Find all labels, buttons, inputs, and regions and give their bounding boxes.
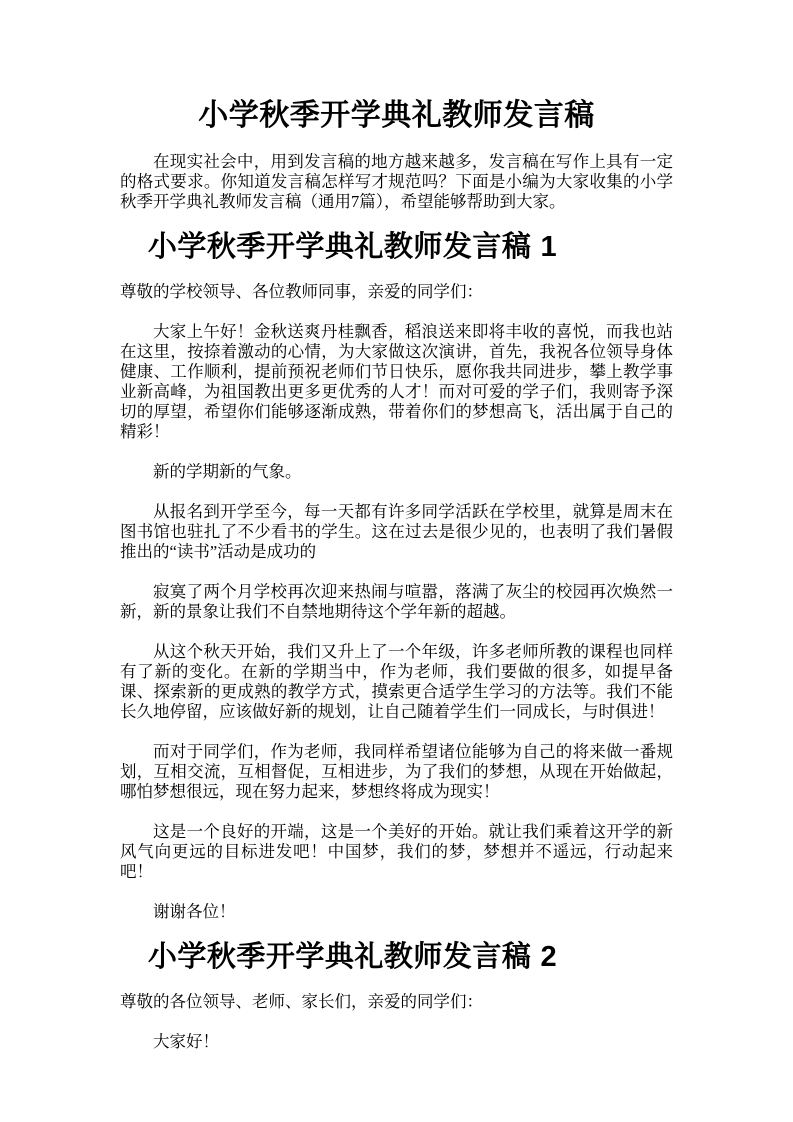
speech-paragraph: 大家好！: [120, 1032, 673, 1052]
speech-paragraph: 大家上午好！金秋送爽丹桂飘香，稻浪送来即将丰收的喜悦，而我也站在这里，按捺着激动…: [120, 322, 673, 442]
section-2-salutation: 尊敬的各位领导、老师、家长们，亲爱的同学们：: [120, 992, 673, 1012]
section-1-heading: 小学秋季开学典礼教师发言稿1: [76, 232, 629, 262]
speech-paragraph: 新的学期新的气象。: [120, 462, 673, 482]
section-1-salutation: 尊敬的学校领导、各位教师同事，亲爱的同学们：: [120, 282, 673, 302]
section-1-heading-text: 小学秋季开学典礼教师发言稿: [148, 231, 532, 263]
document-title: 小学秋季开学典礼教师发言稿: [120, 100, 673, 132]
document-page: 小学秋季开学典礼教师发言稿 在现实社会中，用到发言稿的地方越来越多，发言稿在写作…: [0, 0, 793, 1122]
speech-paragraph: 而对于同学们，作为老师，我同样希望诸位能够为自己的将来做一番规划，互相交流，互相…: [120, 742, 673, 802]
speech-paragraph: 从报名到开学至今，每一天都有许多同学活跃在学校里，就算是周末在图书馆也驻扎了不少…: [120, 502, 673, 562]
section-2-heading: 小学秋季开学典礼教师发言稿2: [76, 942, 629, 972]
speech-paragraph: 寂寞了两个月学校再次迎来热闹与喧嚣，落满了灰尘的校园再次焕然一新，新的景象让我们…: [120, 582, 673, 622]
speech-paragraph: 谢谢各位！: [120, 902, 673, 922]
speech-paragraph: 从这个秋天开始，我们又升上了一个年级，许多老师所教的课程也同样有了新的变化。在新…: [120, 642, 673, 722]
section-1-heading-number: 1: [540, 231, 557, 263]
intro-paragraph: 在现实社会中，用到发言稿的地方越来越多，发言稿在写作上具有一定的格式要求。你知道…: [120, 152, 673, 212]
section-2-heading-number: 2: [540, 941, 557, 973]
speech-section-1: 小学秋季开学典礼教师发言稿1 尊敬的学校领导、各位教师同事，亲爱的同学们： 大家…: [120, 232, 673, 922]
speech-paragraph: 这是一个良好的开端，这是一个美好的开始。就让我们乘着这开学的新风气向更远的目标进…: [120, 822, 673, 882]
speech-section-2: 小学秋季开学典礼教师发言稿2 尊敬的各位领导、老师、家长们，亲爱的同学们： 大家…: [120, 942, 673, 1052]
section-2-heading-text: 小学秋季开学典礼教师发言稿: [148, 941, 532, 973]
